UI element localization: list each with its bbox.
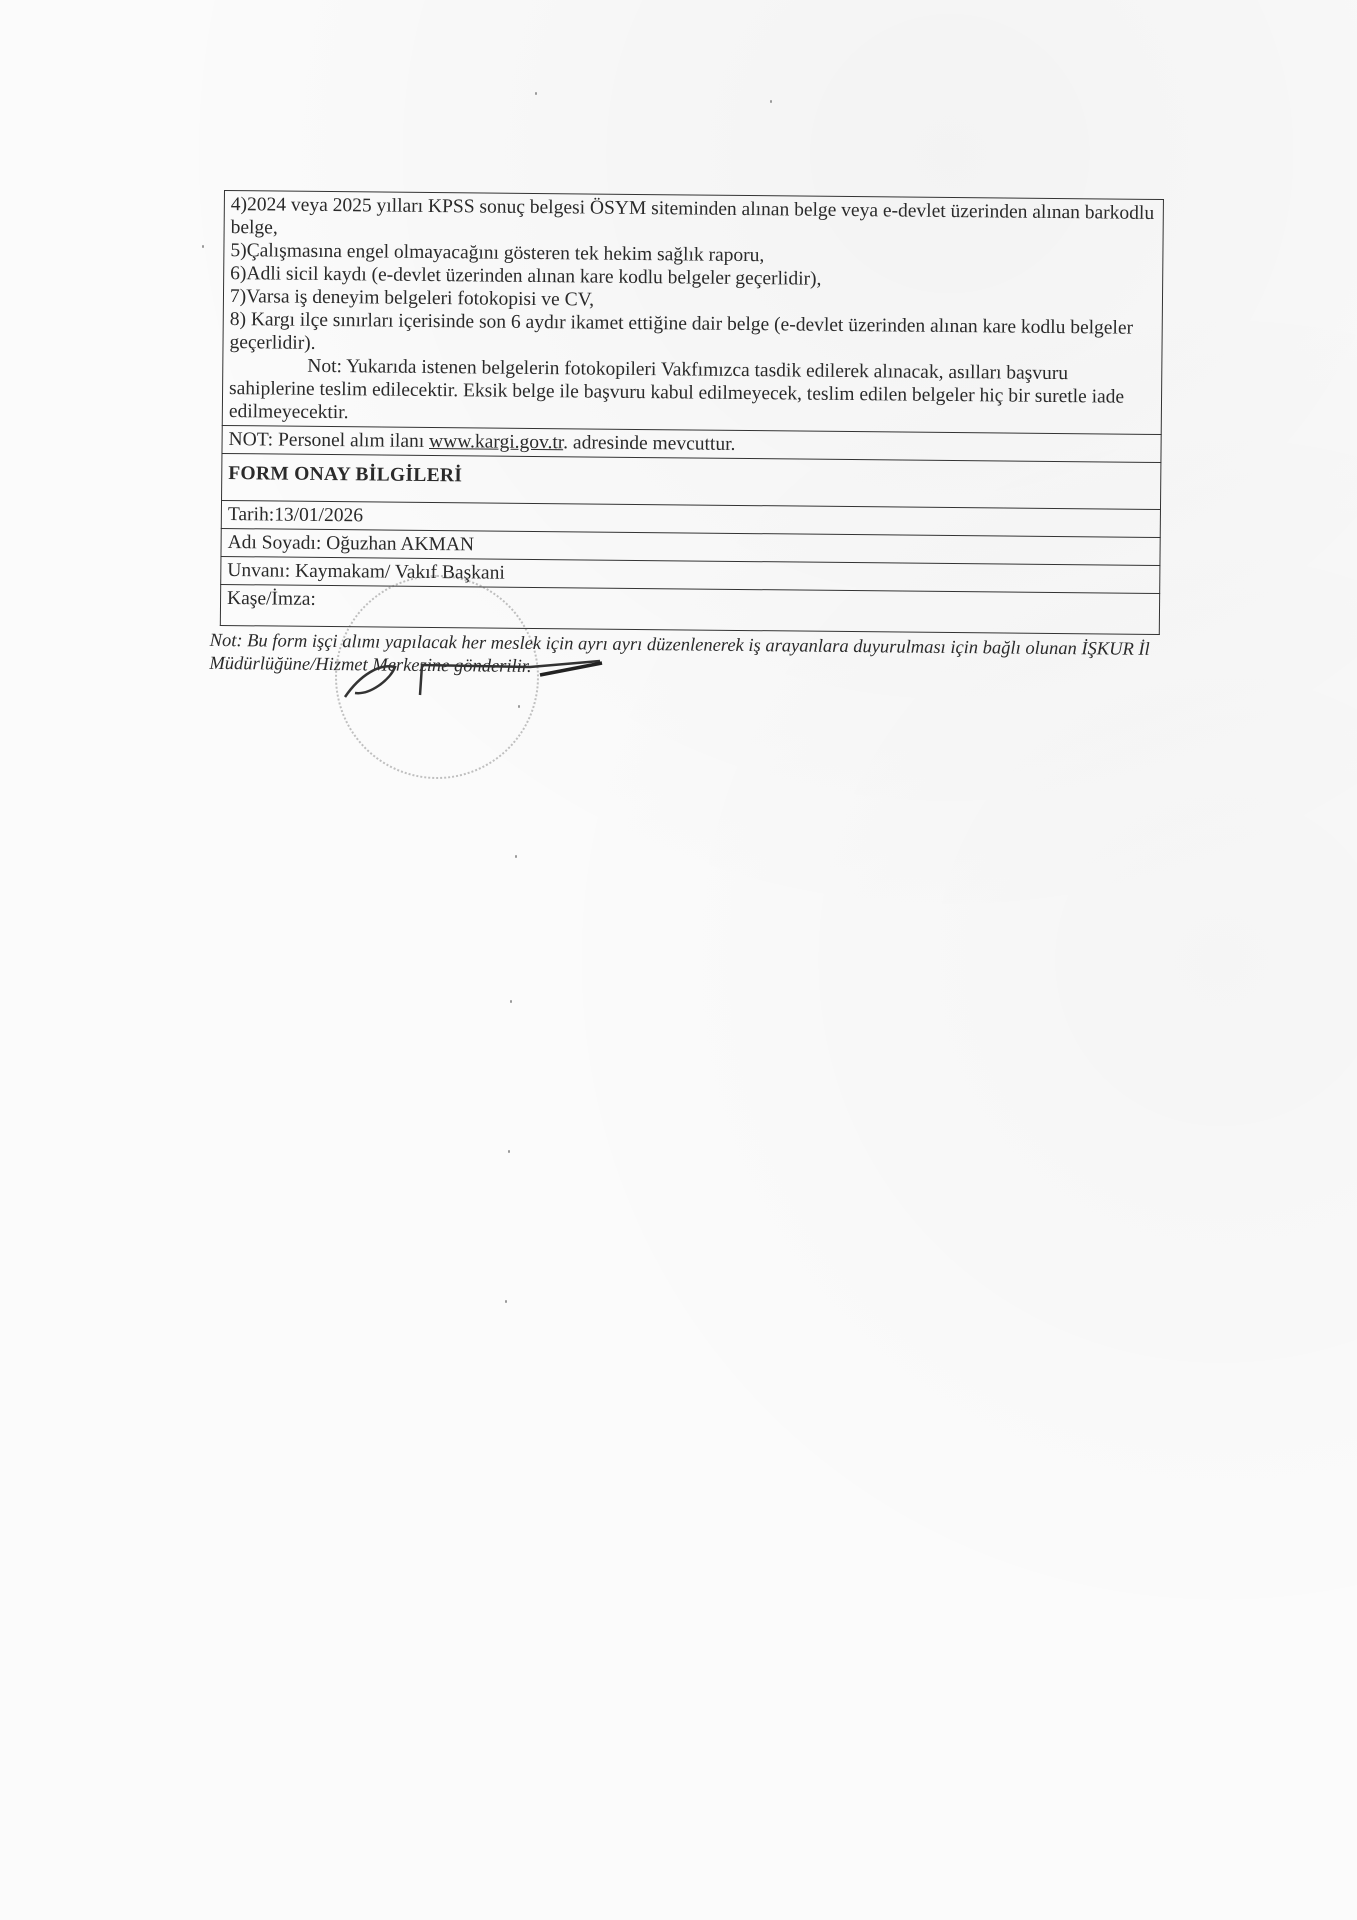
scan-speck	[202, 245, 204, 248]
application-form: 4)2024 veya 2025 yılları KPSS sonuç belg…	[219, 190, 1164, 685]
scan-speck	[510, 1000, 512, 1003]
scan-speck	[770, 100, 772, 103]
announcement-prefix: NOT: Personel alım ilanı	[229, 429, 430, 452]
scan-speck	[518, 705, 520, 708]
kargi-website-link[interactable]: www.kargi.gov.tr	[429, 431, 563, 453]
scan-speck	[508, 1150, 510, 1153]
signature-icon	[340, 655, 640, 705]
announcement-suffix: . adresinde mevcuttur.	[563, 432, 735, 455]
form-table: 4)2024 veya 2025 yılları KPSS sonuç belg…	[220, 190, 1164, 635]
scan-speck	[505, 1300, 507, 1303]
documents-note: Not: Yukarıda istenen belgelerin fotokop…	[229, 354, 1156, 432]
requirements-row: 4)2024 veya 2025 yılları KPSS sonuç belg…	[222, 191, 1163, 435]
scan-speck	[515, 855, 517, 858]
stamp-signature-label: Kaşe/İmza:	[220, 584, 1159, 634]
scan-speck	[535, 92, 537, 95]
stamp-signature-row: Kaşe/İmza:	[220, 584, 1159, 634]
